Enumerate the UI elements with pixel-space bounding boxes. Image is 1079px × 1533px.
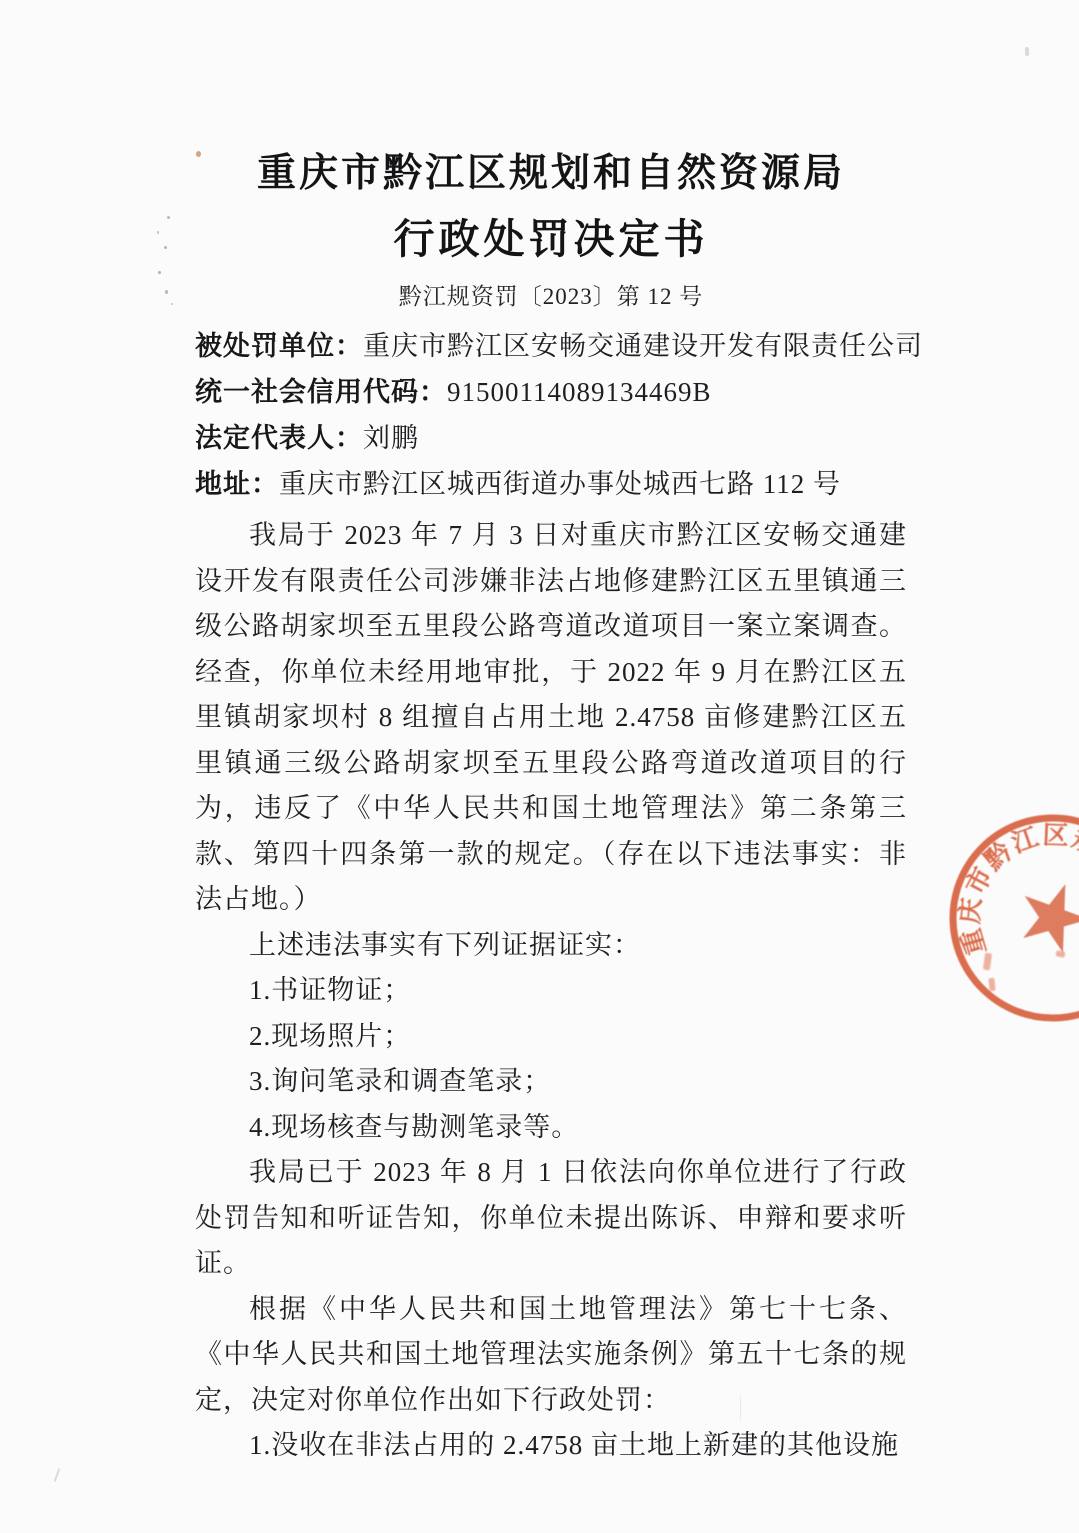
- field-row-credit-code: 统一社会信用代码：91500114089134469B: [195, 369, 907, 415]
- scan-speck: [171, 303, 173, 305]
- scanned-document-page: 重庆市黔江区规划和自然资源局 行政处罚决定书 黔江规资罚〔2023〕第 12 号…: [0, 0, 1079, 1533]
- scan-speck: [157, 231, 159, 234]
- field-row-address: 地址：重庆市黔江区城西街道办事处城西七路 112 号: [195, 461, 907, 507]
- field-value: 91500114089134469B: [447, 377, 712, 407]
- official-seal: 重庆市黔江区规划和自然资源局: [893, 758, 1079, 1078]
- field-value: 重庆市黔江区城西街道办事处城西七路 112 号: [279, 469, 841, 499]
- penalty-item-1: 1.没收在非法占用的 2.4758 亩土地上新建的其他设施: [195, 1423, 907, 1469]
- field-label: 统一社会信用代码：: [195, 377, 447, 407]
- field-value: 刘鹏: [363, 423, 419, 453]
- paragraph-evidence-intro: 上述违法事实有下列证据证实：: [195, 923, 907, 969]
- field-value: 重庆市黔江区安畅交通建设开发有限责任公司: [363, 331, 923, 361]
- field-label: 被处罚单位：: [195, 331, 363, 361]
- evidence-item-3: 3.询问笔录和调查笔录；: [195, 1059, 907, 1105]
- field-label: 法定代表人：: [195, 423, 363, 453]
- scan-speck: [196, 151, 201, 157]
- evidence-item-4: 4.现场核查与勘测笔录等。: [195, 1105, 907, 1151]
- field-label: 地址：: [195, 469, 279, 499]
- evidence-item-2: 2.现场照片；: [195, 1014, 907, 1060]
- scan-speck: [1025, 47, 1029, 56]
- document-body: 我局于 2023 年 7 月 3 日对重庆市黔江区安畅交通建设开发有限责任公司涉…: [195, 513, 907, 1469]
- scan-speck: [54, 1468, 61, 1482]
- scan-speck: [164, 246, 167, 249]
- seal-smudge: [988, 978, 995, 992]
- field-row-legal-representative: 法定代表人：刘鹏: [195, 415, 907, 461]
- seal-text: 重庆市黔江区规划和自然资源局: [893, 758, 1079, 967]
- paragraph-notification: 我局已于 2023 年 8 月 1 日依法向你单位进行了行政处罚告知和听证告知，…: [195, 1150, 907, 1287]
- paragraph-legal-basis: 根据《中华人民共和国土地管理法》第七十七条、《中华人民共和国土地管理法实施条例》…: [195, 1287, 907, 1424]
- document-number: 黔江规资罚〔2023〕第 12 号: [195, 278, 907, 311]
- document-fields: 被处罚单位：重庆市黔江区安畅交通建设开发有限责任公司 统一社会信用代码：9150…: [195, 323, 907, 507]
- document-subtitle: 行政处罚决定书: [195, 214, 907, 264]
- seal-star-icon: [1011, 872, 1079, 957]
- scan-speck: [740, 1395, 741, 1421]
- paragraph-case-facts: 我局于 2023 年 7 月 3 日对重庆市黔江区安畅交通建设开发有限责任公司涉…: [195, 513, 907, 923]
- field-row-penalized-unit: 被处罚单位：重庆市黔江区安畅交通建设开发有限责任公司: [195, 323, 907, 369]
- evidence-item-1: 1.书证物证；: [195, 968, 907, 1014]
- document-title: 重庆市黔江区规划和自然资源局: [195, 150, 907, 198]
- scan-speck: [158, 271, 161, 274]
- scan-speck: [167, 216, 170, 219]
- document-content: 重庆市黔江区规划和自然资源局 行政处罚决定书 黔江规资罚〔2023〕第 12 号…: [195, 150, 907, 1469]
- scan-speck: [165, 290, 168, 294]
